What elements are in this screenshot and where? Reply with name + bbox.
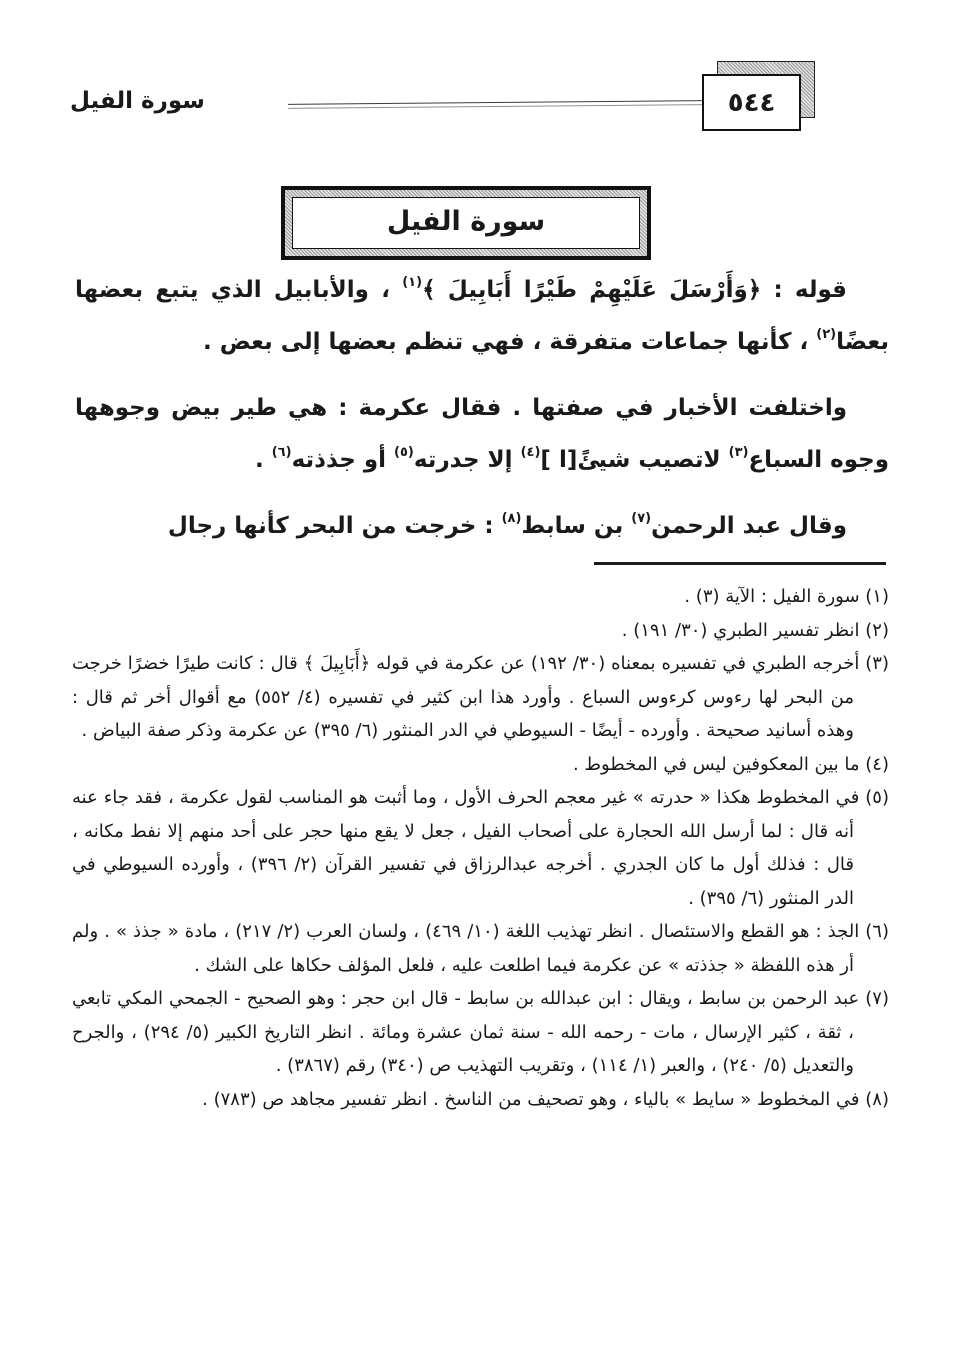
footnote-ref: (٤): [521, 445, 541, 460]
footnote-number: (١): [860, 586, 889, 607]
footnote-item: (٣) أخرجه الطبري في تفسيره بمعناه (٣٠/ ١…: [72, 647, 889, 748]
body-paragraph: وقال عبد الرحمن(٧) بن سابط(٨) : خرجت من …: [75, 500, 889, 552]
footnote-text: في المخطوط « سايط » بالياء ، وهو تصحيف م…: [202, 1089, 859, 1110]
header-rule: [288, 100, 704, 109]
footnote-number: (٨): [860, 1089, 889, 1110]
footnote-separator: [594, 562, 886, 565]
footnote-ref: (٧): [631, 511, 651, 526]
footnote-item: (٧) عبد الرحمن بن سابط ، ويقال : ابن عبد…: [72, 982, 889, 1083]
page-number-box: ٥٤٤: [702, 74, 801, 131]
footnote-text: عبد الرحمن بن سابط ، ويقال : ابن عبدالله…: [72, 988, 859, 1076]
page-number: ٥٤٤: [728, 88, 776, 118]
body-text-run: لاتصيب شيئً[ا ]: [540, 447, 728, 473]
footnote-item: (٦) الجذ : هو القطع والاستئصال . انظر ته…: [72, 915, 889, 982]
body-text-run: : خرجت من البحر كأنها رجال: [168, 513, 502, 539]
footnote-ref: (٦): [272, 445, 292, 460]
running-title: سورة الفيل: [70, 88, 205, 114]
footnote-ref: (٥): [394, 445, 414, 460]
footnote-text: ما بين المعكوفين ليس في المخطوط .: [573, 754, 860, 775]
footnote-number: (٢): [860, 620, 889, 641]
body-text-run: .: [255, 447, 272, 473]
footnote-number: (٥): [859, 787, 889, 808]
surah-title: سورة الفيل: [292, 197, 640, 249]
footnote-text: انظر تفسير الطبري (٣٠/ ١٩١) .: [622, 620, 860, 641]
body-text: قوله : ﴿وَأَرْسَلَ عَلَيْهِمْ طَيْرًا أَ…: [75, 264, 889, 566]
footnote-item: (١) سورة الفيل : الآية (٣) .: [72, 580, 889, 614]
footnote-number: (٤): [860, 754, 889, 775]
footnote-ref: (٣): [729, 445, 749, 460]
body-text-run: بن سابط: [521, 513, 631, 539]
footnote-text: الجذ : هو القطع والاستئصال . انظر تهذيب …: [72, 921, 859, 976]
footnote-ref: (٨): [502, 511, 522, 526]
surah-title-box: سورة الفيل: [281, 186, 651, 260]
book-page: سورة الفيل ٥٤٤ سورة الفيل قوله : ﴿وَأَرْ…: [0, 0, 964, 1364]
body-text-run: وقال عبد الرحمن: [651, 513, 847, 539]
body-text-run: أو جذذته: [292, 447, 394, 473]
footnote-item: (٨) في المخطوط « سايط » بالياء ، وهو تصح…: [72, 1083, 889, 1117]
body-text-run: إلا جدرته: [414, 447, 521, 473]
body-text-run: ، كأنها جماعات متفرقة ، فهي تنظم بعضها إ…: [203, 329, 816, 355]
footnotes-list: (١) سورة الفيل : الآية (٣) .(٢) انظر تفس…: [72, 580, 889, 1116]
footnote-item: (٢) انظر تفسير الطبري (٣٠/ ١٩١) .: [72, 614, 889, 648]
quran-quote: ﴿وَأَرْسَلَ عَلَيْهِمْ طَيْرًا أَبَابِيل…: [422, 277, 761, 303]
footnote-text: سورة الفيل : الآية (٣) .: [684, 586, 859, 607]
footnote-number: (٧): [859, 988, 889, 1009]
footnote-ref: (٢): [816, 327, 836, 342]
body-text-run: قوله :: [761, 277, 847, 303]
footnote-text: في المخطوط هكذا « حدرته » غير معجم الحرف…: [72, 787, 859, 909]
footnote-item: (٤) ما بين المعكوفين ليس في المخطوط .: [72, 748, 889, 782]
body-paragraph: واختلفت الأخبار في صفتها . فقال عكرمة : …: [75, 382, 889, 486]
footnote-ref: (١): [402, 275, 422, 290]
footnote-number: (٦): [859, 921, 889, 942]
footnote-item: (٥) في المخطوط هكذا « حدرته » غير معجم ا…: [72, 781, 889, 915]
footnote-number: (٣): [859, 653, 889, 674]
body-paragraph: قوله : ﴿وَأَرْسَلَ عَلَيْهِمْ طَيْرًا أَ…: [75, 264, 889, 368]
footnote-text: أخرجه الطبري في تفسيره بمعناه (٣٠/ ١٩٢) …: [72, 653, 859, 741]
